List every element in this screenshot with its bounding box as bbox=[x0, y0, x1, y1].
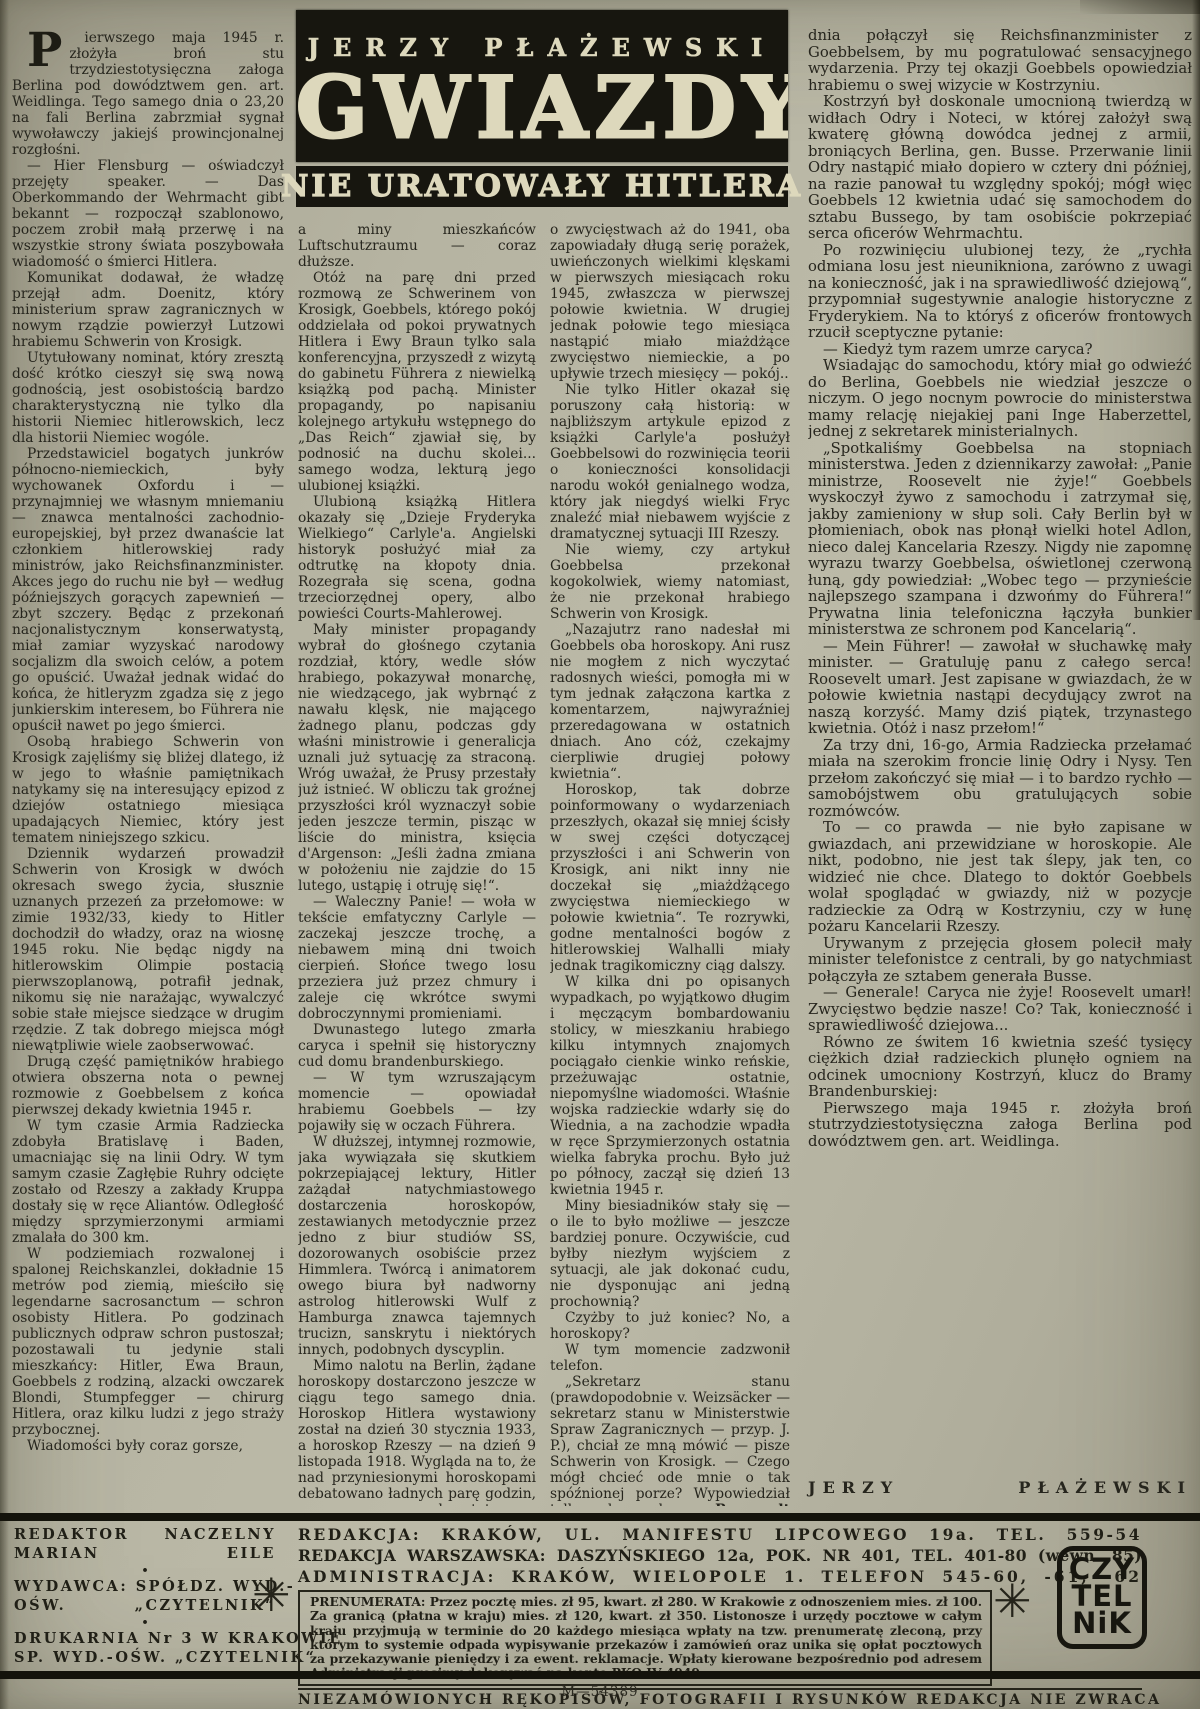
bullet-separator: • bbox=[14, 1563, 276, 1578]
paragraph: Otóż na parę dni przed rozmową ze Schwer… bbox=[298, 270, 536, 494]
paragraph: W tym czasie Armia Radziecka zdobyła Bra… bbox=[12, 1118, 284, 1246]
footer-bottom-rule bbox=[0, 1671, 1200, 1679]
scan-artifact-left-edge bbox=[0, 0, 9, 1709]
paragraph: Ulubioną książką Hitlera okazały się „Dz… bbox=[298, 494, 536, 622]
logo-line-3: NiK bbox=[1062, 1610, 1142, 1637]
administration-address: ADMINISTRACJA: KRAKÓW, WIELOPOLE 1. TELE… bbox=[298, 1566, 1142, 1587]
paragraph: Osobą hrabiego Schwerin von Krosigk zaję… bbox=[12, 734, 284, 846]
paragraph: Czyżby to już koniec? No, a horoskopy? bbox=[550, 1310, 790, 1342]
signature-last-name: PŁAŻEWSKI bbox=[1018, 1478, 1192, 1497]
paragraph: Mały minister propagandy wybrał do głośn… bbox=[298, 622, 536, 894]
newspaper-page: { "page": { "type": "scanned newspaper a… bbox=[0, 0, 1200, 1709]
asterisk-star-icon: ✳ bbox=[252, 1572, 291, 1618]
article-column-2b: o zwycięstwach aż do 1941, oba zapowiada… bbox=[550, 222, 790, 1506]
paragraph: dnia połączył się Reichsfinanzminister z… bbox=[808, 28, 1192, 94]
paragraph: „Nazajutrz rano nadesłał mi Goebbels oba… bbox=[550, 622, 790, 782]
article-title-line2: NIE URATOWAŁY HITLERA bbox=[296, 166, 788, 207]
paragraph: — Mein Führer! — zawołał w słuchawkę mał… bbox=[808, 639, 1192, 738]
article-column-2a: a miny mieszkańców Luftschutzraumu — cor… bbox=[298, 222, 536, 1506]
author-signature: JERZY PŁAŻEWSKI bbox=[808, 1478, 1192, 1497]
paragraph: Wiadomości były coraz gorsze, bbox=[12, 1438, 284, 1454]
bullet-separator: • bbox=[14, 1615, 276, 1630]
publisher-line-1: WYDAWCA: SPÓŁDZ. WYD.- bbox=[14, 1578, 276, 1597]
paragraph: Horoskop, tak dobrze poinformowany o wyd… bbox=[550, 782, 790, 974]
editor-in-chief-name: MARIAN EILE bbox=[14, 1545, 276, 1564]
paragraph: Mimo nalotu na Berlin, żądane horoskopy … bbox=[298, 1358, 536, 1506]
paragraph: Wsiadając do samochodu, który miał go od… bbox=[808, 358, 1192, 441]
paragraph: a miny mieszkańców Luftschutzraumu — cor… bbox=[298, 222, 536, 270]
printer-line-1: DRUKARNIA Nr 3 W KRAKOWIE bbox=[14, 1630, 276, 1649]
article-column-3: dnia połączył się Reichsfinanzminister z… bbox=[808, 28, 1192, 1474]
article-title-block: JERZY PŁAŻEWSKI GWIAZDY bbox=[296, 10, 788, 162]
paragraph: Drugą część pamiętników hrabiego otwiera… bbox=[12, 1054, 284, 1118]
paragraph: Urywanym z przejęcia głosem polecił mały… bbox=[808, 936, 1192, 986]
scan-artifact-right-edge bbox=[1192, 0, 1200, 620]
paragraph: Za trzy dni, 16-go, Armia Radziecka prze… bbox=[808, 738, 1192, 821]
paragraph: Utytułowany nominat, który zresztą dość … bbox=[12, 350, 284, 446]
paragraph: Kostrzyń był doskonale umocnioną twierdz… bbox=[808, 94, 1192, 243]
article-column-1: Pierwszego maja 1945 r. złożyła broń stu… bbox=[12, 30, 284, 1506]
paragraph: Miny biesiadników stały się — o ile to b… bbox=[550, 1198, 790, 1310]
paragraph: — Kiedyż tym razem umrze caryca? bbox=[808, 342, 1192, 359]
paragraph: — W tym wzruszającym momencie — opowiada… bbox=[298, 1070, 536, 1134]
paragraph: Przedstawiciel bogatych junkrów północno… bbox=[12, 446, 284, 734]
paragraph: W kilka dni po opisanych wypadkach, po w… bbox=[550, 974, 790, 1198]
paragraph: Nie wiemy, czy artykuł Goebbelsa przekon… bbox=[550, 542, 790, 622]
paragraph: W podziemiach rozwalonej i spalonej Reic… bbox=[12, 1246, 284, 1438]
paragraph: „Spotkaliśmy Goebbelsa na stopniach mini… bbox=[808, 441, 1192, 639]
editor-in-chief-label: REDAKTOR NACZELNY bbox=[14, 1526, 276, 1545]
lead-paragraph: Pierwszego maja 1945 r. złożyła broń stu… bbox=[12, 30, 284, 158]
footer-top-rule bbox=[0, 1513, 1200, 1521]
paragraph: „Sekretarz stanu (prawdopodobnie v. Weiz… bbox=[550, 1374, 790, 1506]
warsaw-editorial-address: REDAKCJA WARSZAWSKA: DASZYŃSKIEGO 12a, P… bbox=[298, 1545, 1142, 1566]
print-order-code: M—54389 bbox=[0, 1684, 1200, 1700]
paragraph: Nie tylko Hitler okazał się poruszony ca… bbox=[550, 382, 790, 542]
paragraph: — Waleczny Panie! — woła w tekście emfat… bbox=[298, 894, 536, 1022]
footer-address-block: REDAKCJA: KRAKÓW, UL. MANIFESTU LIPCOWEG… bbox=[298, 1524, 1142, 1708]
paragraph: Pierwszego maja 1945 r. złożyła broń stu… bbox=[808, 1101, 1192, 1151]
paragraph: — Generale! Caryca nie żyje! Roosevelt u… bbox=[808, 985, 1192, 1035]
paragraph: Po rozwinięciu ulubionej tezy, że „rychł… bbox=[808, 243, 1192, 342]
signature-first-name: JERZY bbox=[808, 1478, 899, 1497]
paragraph: Dziennik wydarzeń prowadził Schwerin von… bbox=[12, 846, 284, 1054]
paragraph: — Hier Flensburg — oświadczył przejęty s… bbox=[12, 158, 284, 270]
czytelnik-logo: CZY TEL NiK bbox=[1057, 1546, 1147, 1649]
paragraph: o zwycięstwach aż do 1941, oba zapowiada… bbox=[550, 222, 790, 382]
footer-imprint-block: REDAKTOR NACZELNY MARIAN EILE • WYDAWCA:… bbox=[14, 1526, 276, 1667]
editorial-address: REDAKCJA: KRAKÓW, UL. MANIFESTU LIPCOWEG… bbox=[298, 1524, 1142, 1545]
paragraph: W dłuższej, intymnej rozmowie, jaka wywi… bbox=[298, 1134, 536, 1358]
article-title-line1: GWIAZDY bbox=[296, 66, 788, 150]
printer-line-2: SP. WYD.-OŚW. „CZYTELNIK“ bbox=[14, 1649, 276, 1668]
publisher-line-2: OŚW. „CZYTELNIK“ bbox=[14, 1597, 276, 1616]
scan-artifact-top-edge bbox=[1080, 0, 1200, 14]
paragraph: Równo ze świtem 16 kwietnia sześć tysięc… bbox=[808, 1035, 1192, 1101]
paragraph: Dwunastego lutego zmarła caryca i spełni… bbox=[298, 1022, 536, 1070]
paragraph: W tym momencie zadzwonił telefon. bbox=[550, 1342, 790, 1374]
paragraph: To — co prawda — nie było zapisane w gwi… bbox=[808, 820, 1192, 936]
column-1-paragraphs: — Hier Flensburg — oświadczył przejęty s… bbox=[12, 158, 284, 1454]
drop-cap: P bbox=[12, 30, 69, 71]
paragraph: Komunikat dodawał, że władzę przejął adm… bbox=[12, 270, 284, 350]
